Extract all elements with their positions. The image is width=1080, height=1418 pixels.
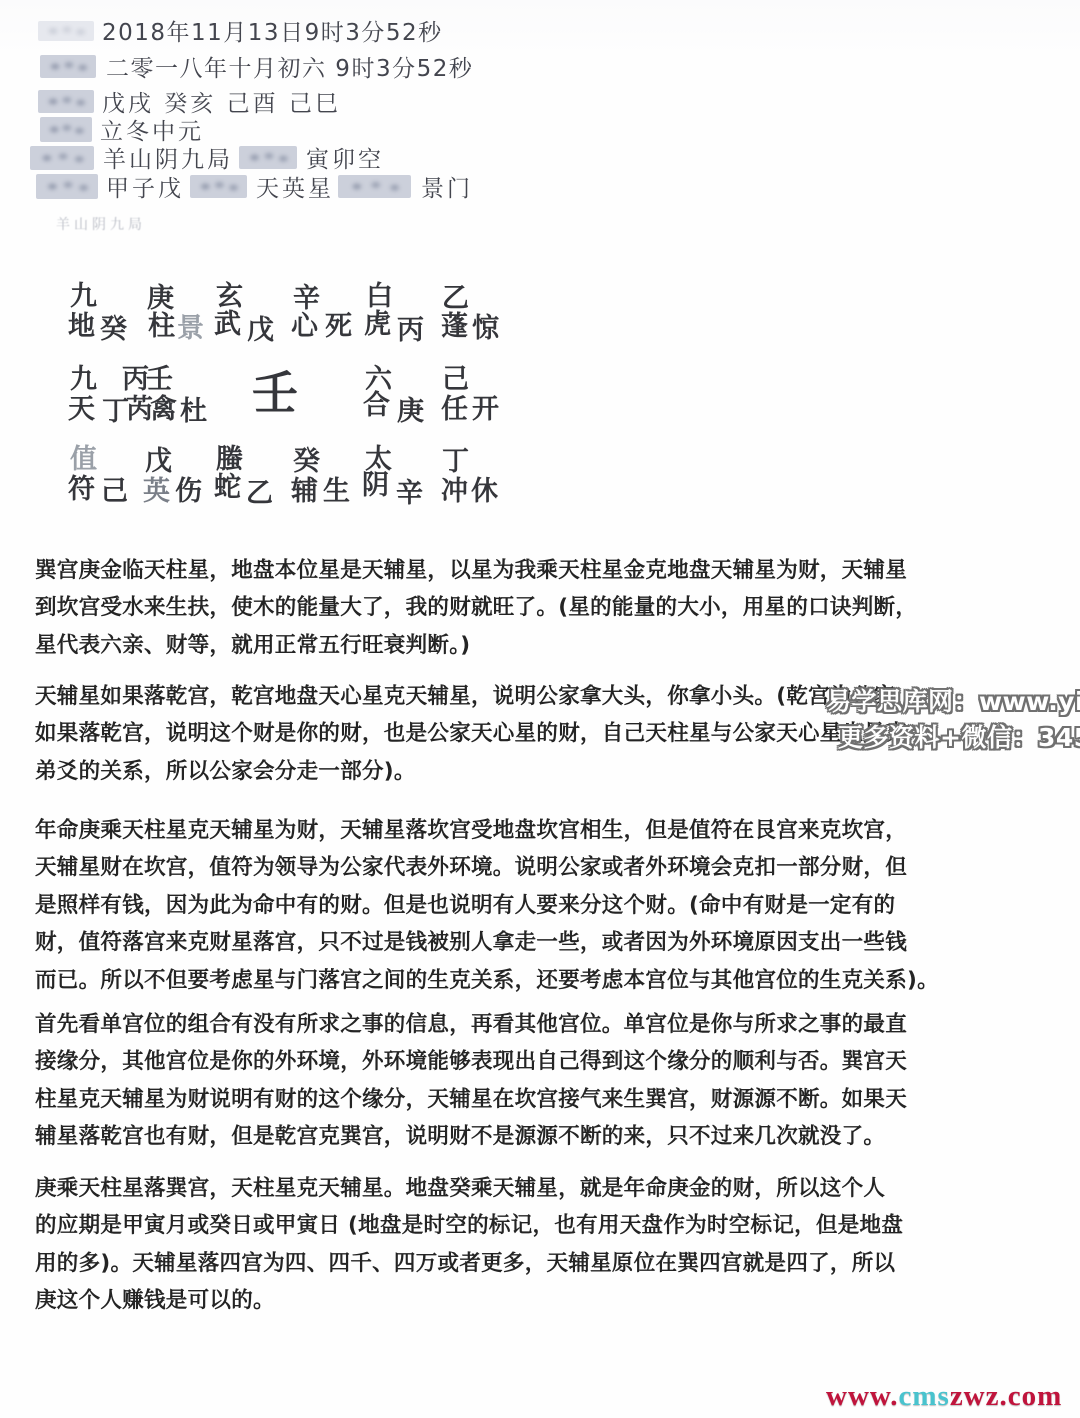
chart-char: 六 (365, 366, 392, 393)
chart-char: 癸 (293, 448, 320, 475)
text-line: 的应期是甲寅月或癸日或甲寅日 (地盘是时空的标记，也有用天盘作为时空标记，但是地… (35, 1207, 965, 1244)
chart-char: 戊 (145, 448, 172, 475)
chart-char: 壬 (146, 366, 173, 393)
chart-char: 辛 (396, 480, 423, 507)
chart-char: 柱 (148, 313, 175, 340)
chart-char: 蛇 (214, 474, 241, 501)
chart-char: 九 (70, 283, 97, 310)
chart-char: 丙 (122, 366, 149, 393)
text-line: 庚这个人赚钱是可以的。 (35, 1282, 965, 1319)
chart-char: 冲 (441, 478, 468, 505)
text-line: 天辅星财在坎宫，值符为领导为公家代表外环境。说明公家或者外环境会克扣一部分财，但 (35, 849, 965, 886)
analysis-paragraph-1: 巽宫庚金临天柱星，地盘本位星是天辅星，以星为我乘天柱星金克地盘天辅星为财，天辅星… (35, 552, 965, 664)
chart-char: 丁 (102, 398, 129, 425)
watermark-site-segment: cms (898, 1380, 949, 1412)
chart-char: 戊 (247, 317, 274, 344)
chart-char: 阴 (362, 472, 389, 499)
chart-char: 己 (101, 478, 128, 505)
watermark-site-url: www.cmszwz.com (826, 1380, 1062, 1413)
chart-char: 符 (68, 476, 95, 503)
chart-char: 心 (291, 313, 318, 340)
text-line: 接缘分，其他宫位是你的外环境，外环境能够表现出自己得到这个缘分的顺利与否。巽宫天 (35, 1043, 965, 1080)
text-line: 首先看单宫位的组合有没有所求之事的信息，再看其他宫位。单宫位是你与所求之事的最直 (35, 1006, 965, 1043)
text-line: 用的多)。天辅星落四宫为四、四千、四万或者更多，天辅星原位在巽四宫就是四了，所以 (35, 1245, 965, 1282)
watermark-yixue-line1: 易学思库网：www.yixue88.cn (826, 682, 1080, 718)
chart-char: 辛 (293, 285, 320, 312)
chart-char: 惊 (472, 315, 499, 342)
chart-char: 芮 (126, 396, 153, 423)
chart-char: 辅 (291, 478, 318, 505)
text-line: 如果落乾宫，说明这个财是你的财，也是公家天心星的财，自己天柱星与公家天心星也是克 (35, 715, 965, 752)
chart-char: 太 (365, 446, 392, 473)
chart-char: 螣 (216, 446, 243, 473)
chart-char: 玄 (216, 283, 243, 310)
chart-char: 癸 (100, 316, 127, 343)
chart-char: 死 (325, 313, 352, 340)
text-line: 弟爻的关系，所以公家会分走一部分)。 (35, 753, 965, 790)
chart-char: 九 (70, 366, 97, 393)
text-line: 庚乘天柱星落巽宫，天柱星克天辅星。地盘癸乘天辅星，就是年命庚金的财，所以这个人 (35, 1170, 965, 1207)
chart-char: 杜 (180, 398, 207, 425)
text-line: 到坎宫受水来生扶，使木的能量大了，我的财就旺了。(星的能量的大小，用星的口诀判断… (35, 589, 965, 626)
chart-char: 乙 (246, 480, 273, 507)
chart-char: 休 (471, 478, 498, 505)
chart-char: 虎 (364, 311, 391, 338)
chart-char: 开 (472, 396, 499, 423)
text-line: 年命庚乘天柱星克天辅星为财，天辅星落坎宫受地盘坎宫相生，但是值符在艮宫来克坎宫， (35, 812, 965, 849)
text-line: 柱星克天辅星为财说明有财的这个缘分，天辅星在坎宫接气来生巽宫，财源源不断。如果天 (35, 1081, 965, 1118)
chart-char: 地 (68, 313, 95, 340)
chart-char-hour-stem: 壬 (252, 370, 298, 416)
chart-char: 白 (366, 283, 393, 310)
text-line: 巽宫庚金临天柱星，地盘本位星是天辅星，以星为我乘天柱星金克地盘天辅星为财，天辅星 (35, 552, 965, 589)
document-page: 2018年11月13日9时3分52秒 二零一八年十月初六 9时3分52秒 戊戌 … (0, 0, 1080, 1418)
chart-char: 英 (143, 478, 170, 505)
chart-char: 庚 (147, 285, 174, 312)
chart-char: 己 (442, 366, 469, 393)
chart-char: 合 (363, 392, 390, 419)
chart-char: 伤 (175, 478, 202, 505)
chart-char: 丙 (397, 317, 424, 344)
analysis-paragraph-3: 年命庚乘天柱星克天辅星为财，天辅星落坎宫受地盘坎宫相生，但是值符在艮宫来克坎宫，… (35, 812, 965, 999)
chart-char: 任 (441, 396, 468, 423)
chart-char: 景 (177, 315, 204, 342)
watermark-yixue-line2: 更多资料+微信：3458344044 (838, 718, 1080, 754)
text-line: 是照样有钱，因为此为命中有的财。但是也说明有人要来分这个财。(命中有财是一定有的 (35, 887, 965, 924)
text-line: 辅星落乾宫也有财，但是乾宫克巽宫，说明财不是源源不断的来，只不过来几次就没了。 (35, 1118, 965, 1155)
chart-char: 生 (323, 478, 350, 505)
chart-char: 庚 (397, 398, 424, 425)
chart-char: 武 (214, 311, 241, 338)
chart-char: 天 (68, 396, 95, 423)
chart-char: 乙 (442, 285, 469, 312)
analysis-paragraph-4: 首先看单宫位的组合有没有所求之事的信息，再看其他宫位。单宫位是你与所求之事的最直… (35, 1006, 965, 1156)
watermark-site-segment: zwz.com (950, 1380, 1062, 1412)
analysis-paragraph-5: 庚乘天柱星落巽宫，天柱星克天辅星。地盘癸乘天辅星，就是年命庚金的财，所以这个人 … (35, 1170, 965, 1320)
chart-char: 值 (70, 446, 97, 473)
chart-char: 蓬 (441, 313, 468, 340)
chart-char: 丁 (442, 448, 469, 475)
chart-char: 禽 (150, 396, 177, 423)
text-line: 财，值符落宫来克财星落宫，只不过是钱被别人拿走一些，或者因为外环境原因支出一些钱 (35, 924, 965, 961)
text-line: 而已。所以不但要考虑星与门落宫之间的生克关系，还要考虑本宫位与其他宫位的生克关系… (35, 962, 965, 999)
watermark-site-segment: www. (826, 1380, 898, 1412)
text-line: 星代表六亲、财等，就用正常五行旺衰判断。) (35, 627, 965, 664)
